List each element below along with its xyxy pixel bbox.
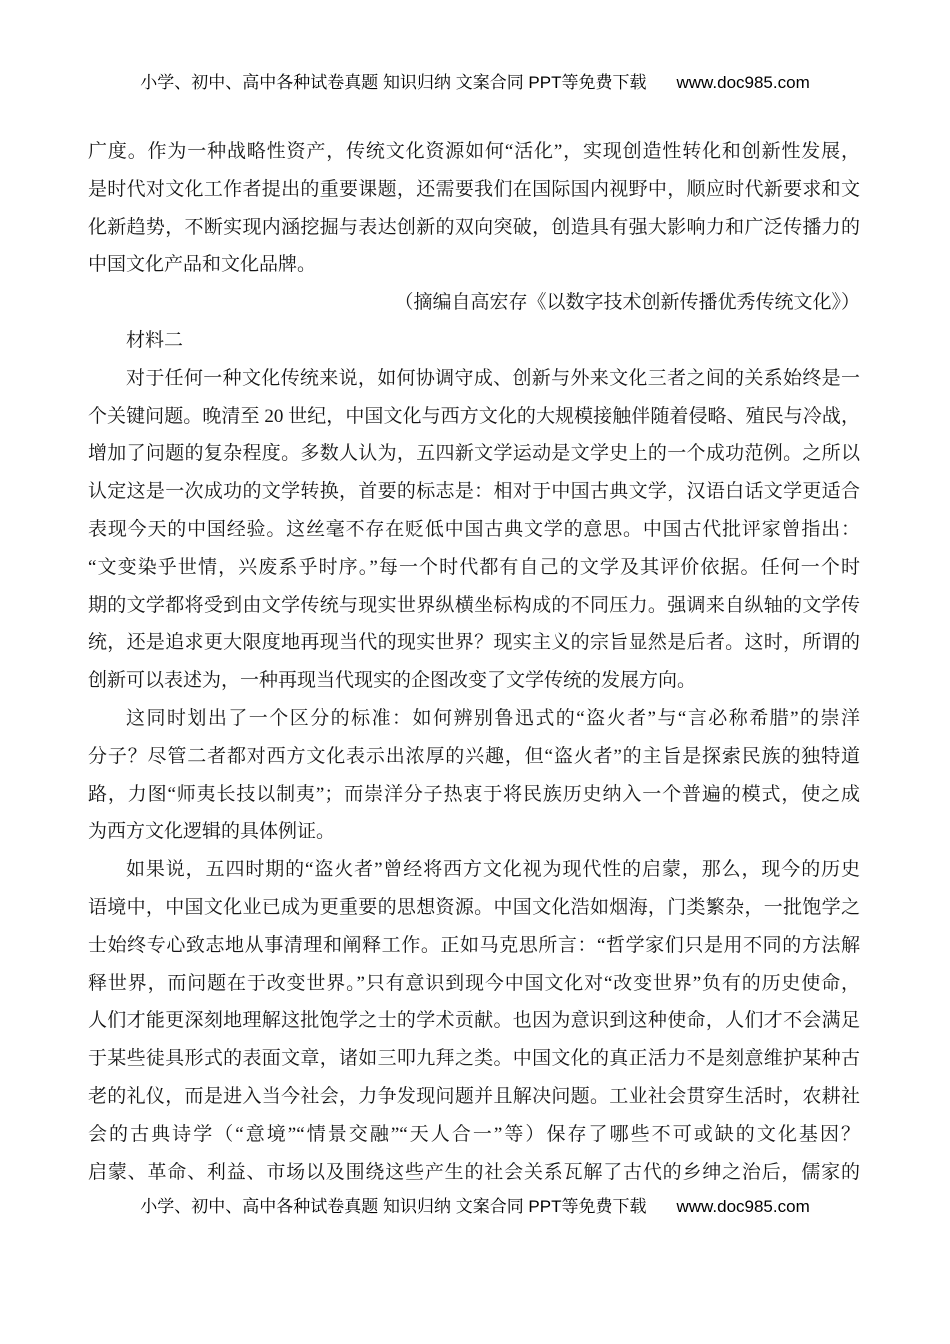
text-line: 会的古典诗学（“意境”“情景交融”“天人合一”等）保存了哪些不可或缺的文化基因？ <box>88 1116 860 1154</box>
document-body: 广度。作为一种战略性资产，传统文化资源如何“活化”，实现创造性转化和创新性发展，… <box>88 133 860 1191</box>
footer-slogan: 小学、初中、高中各种试卷真题 知识归纳 文案合同 PPT等免费下载 <box>140 1192 646 1217</box>
text-line: “文变染乎世情，兴废系乎时序。”每一个时代都有自己的文学及其评价依据。任何一个时 <box>88 549 860 587</box>
text-line: 材料二 <box>88 322 860 360</box>
text-line: 语境中，中国文化业已成为更重要的思想资源。中国文化浩如烟海，门类繁杂，一批饱学之 <box>88 889 860 927</box>
text-line: 是时代对文化工作者提出的重要课题，还需要我们在国际国内视野中，顺应时代新要求和文 <box>88 171 860 209</box>
text-line: 这同时划出了一个区分的标准：如何辨别鲁迅式的“盗火者”与“言必称希腊”的崇洋 <box>88 700 860 738</box>
page-footer: 小学、初中、高中各种试卷真题 知识归纳 文案合同 PPT等免费下载 www.do… <box>0 1192 950 1217</box>
page-header: 小学、初中、高中各种试卷真题 知识归纳 文案合同 PPT等免费下载 www.do… <box>0 68 950 93</box>
text-line: 化新趋势，不断实现内涵挖掘与表达创新的双向突破，创造具有强大影响力和广泛传播力的 <box>88 209 860 247</box>
text-line: 为西方文化逻辑的具体例证。 <box>88 813 860 851</box>
text-line: 于某些徒具形式的表面文章，诸如三叩九拜之类。中国文化的真正活力不是刻意维护某种古 <box>88 1040 860 1078</box>
text-line: 广度。作为一种战略性资产，传统文化资源如何“活化”，实现创造性转化和创新性发展， <box>88 133 860 171</box>
text-line: 期的文学都将受到由文学传统与现实世界纵横坐标构成的不同压力。强调来自纵轴的文学传 <box>88 587 860 625</box>
text-line: 增加了问题的复杂程度。多数人认为，五四新文学运动是文学史上的一个成功范例。之所以 <box>88 435 860 473</box>
document-page: 小学、初中、高中各种试卷真题 知识归纳 文案合同 PPT等免费下载 www.do… <box>0 0 950 1344</box>
text-line: 分子？尽管二者都对西方文化表示出浓厚的兴趣，但“盗火者”的主旨是探索民族的独特道 <box>88 738 860 776</box>
text-line: 释世界，而问题在于改变世界。”只有意识到现今中国文化对“改变世界”负有的历史使命… <box>88 965 860 1003</box>
text-line: 路，力图“师夷长技以制夷”；而崇洋分子热衷于将民族历史纳入一个普遍的模式，使之成 <box>88 776 860 814</box>
text-line: 老的礼仪，而是进入当今社会，力争发现问题并且解决问题。工业社会贯穿生活时，农耕社 <box>88 1078 860 1116</box>
text-line: 中国文化产品和文化品牌。 <box>88 246 860 284</box>
text-line: 对于任何一种文化传统来说，如何协调守成、创新与外来文化三者之间的关系始终是一 <box>88 360 860 398</box>
header-site-url: www.doc985.com <box>677 73 810 93</box>
header-slogan: 小学、初中、高中各种试卷真题 知识归纳 文案合同 PPT等免费下载 <box>140 68 646 93</box>
text-line: （摘编自高宏存《以数字技术创新传播优秀传统文化》） <box>88 284 860 322</box>
text-line: 启蒙、革命、利益、市场以及围绕这些产生的社会关系瓦解了古代的乡绅之治后，儒家的 <box>88 1154 860 1192</box>
text-line: 人们才能更深刻地理解这批饱学之士的学术贡献。也因为意识到这种使命，人们才不会满足 <box>88 1002 860 1040</box>
text-line: 如果说，五四时期的“盗火者”曾经将西方文化视为现代性的启蒙，那么，现今的历史 <box>88 851 860 889</box>
footer-site-url: www.doc985.com <box>677 1197 810 1217</box>
text-line: 认定这是一次成功的文学转换，首要的标志是：相对于中国古典文学，汉语白话文学更适合 <box>88 473 860 511</box>
text-line: 士始终专心致志地从事清理和阐释工作。正如马克思所言：“哲学家们只是用不同的方法解 <box>88 927 860 965</box>
text-line: 个关键问题。晚清至 20 世纪，中国文化与西方文化的大规模接触伴随着侵略、殖民与… <box>88 398 860 436</box>
text-line: 表现今天的中国经验。这丝毫不存在贬低中国古典文学的意思。中国古代批评家曾指出： <box>88 511 860 549</box>
text-line: 统，还是追求更大限度地再现当代的现实世界？现实主义的宗旨显然是后者。这时，所谓的 <box>88 624 860 662</box>
text-line: 创新可以表述为，一种再现当代现实的企图改变了文学传统的发展方向。 <box>88 662 860 700</box>
